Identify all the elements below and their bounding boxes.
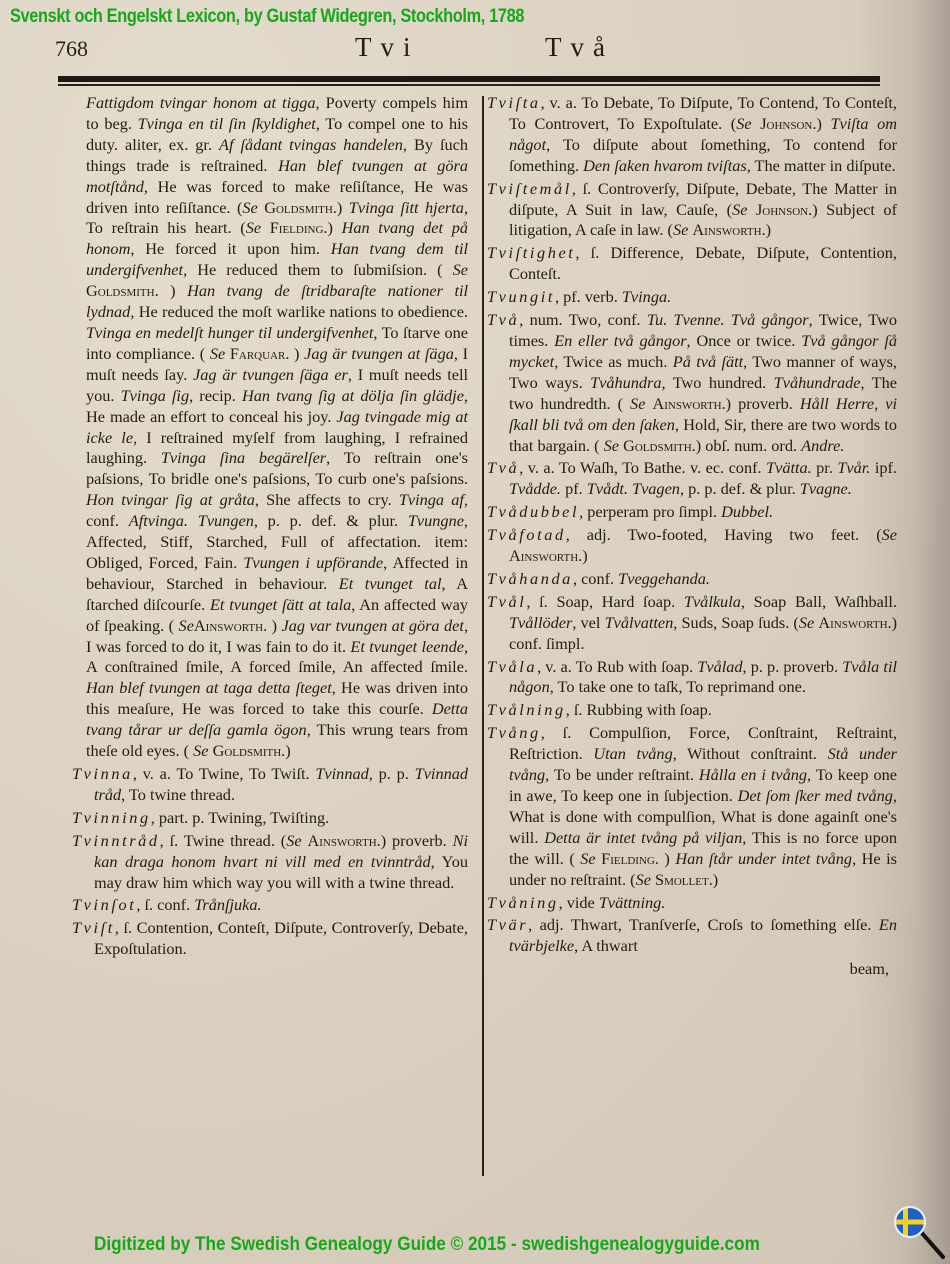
- swedish-example-text: Af ſådant tvingas handelen: [219, 135, 403, 154]
- left-entries: Tvinna, v. a. To Twine, To Twiſt. Tvinna…: [72, 764, 468, 960]
- entry-headword: Tvungit: [487, 287, 555, 306]
- source-citation: Goldsmith.: [623, 436, 696, 455]
- definition-text: , part. p. Twining, Twiſting.: [151, 808, 329, 827]
- definition-text: , p. p. proverb.: [743, 657, 843, 676]
- swedish-example-text: Tvinga af: [399, 490, 464, 509]
- swedish-example-text: Et tvunget tal: [339, 574, 442, 593]
- dictionary-entry: Tvång, ſ. Compulſion, Force, Conſtraint,…: [487, 723, 897, 890]
- digitization-banner-title: Svenskt och Engelskt Lexicon, by Gustaf …: [10, 6, 524, 28]
- definition-text: , p. p. def. & plur.: [254, 511, 408, 530]
- source-citation: Ainsworth.: [307, 831, 380, 850]
- swedish-example-text: Tvållöder: [509, 613, 572, 632]
- column-divider: [482, 96, 484, 1176]
- source-citation: Ainsworth.: [692, 220, 765, 239]
- swedish-example-text: Fattigdom tvingar honom at tigga: [86, 93, 316, 112]
- definition-text: , conf.: [573, 569, 618, 588]
- swedish-example-text: Tvådde.: [509, 479, 561, 498]
- definition-text: , To be under reſtraint.: [545, 765, 699, 784]
- swedish-example-text: Se: [799, 613, 819, 632]
- source-citation: Goldsmith.: [86, 281, 159, 300]
- swedish-example-text: En eller två gångor: [554, 331, 686, 350]
- dictionary-entry: Tvåhanda, conf. Tveggehanda.: [487, 569, 897, 590]
- catchword: beam,: [487, 959, 897, 980]
- definition-text: , The matter in diſpute.: [747, 156, 896, 175]
- swedish-example-text: Utan tvång: [593, 744, 672, 763]
- source-citation: Farquar.: [230, 344, 290, 363]
- swedish-example-text: Tvålkula: [684, 592, 741, 611]
- definition-text: , ſ. conf.: [136, 895, 194, 914]
- running-head-left: Tvi: [355, 32, 420, 63]
- definition-text: , p. p. def. & plur.: [680, 479, 800, 498]
- definition-text: ): [659, 849, 675, 868]
- source-citation: Goldsmith.: [213, 741, 286, 760]
- swedish-example-text: Se: [673, 220, 692, 239]
- swedish-example-text: Se: [882, 525, 897, 544]
- swedish-example-text: Tvålvatten: [605, 613, 674, 632]
- swedish-example-text: Tvår.: [837, 458, 870, 477]
- entry-headword: Två: [487, 310, 519, 329]
- dictionary-entry: Tvungit, pf. verb. Tvinga.: [487, 287, 897, 308]
- definition-text: , ſ. Contention, Conteſt, Diſpute, Contr…: [94, 918, 468, 958]
- entry-headword: Tviſtemål: [487, 179, 572, 198]
- definition-text: ): [327, 218, 341, 237]
- swedish-example-text: Se: [179, 616, 194, 635]
- swedish-example-text: Hålla en i tvång: [699, 765, 807, 784]
- definition-text: , Soap Ball, Waſhball.: [741, 592, 897, 611]
- swedish-example-text: På två ſätt: [673, 352, 743, 371]
- source-citation: Ainsworth.: [194, 616, 267, 635]
- swedish-example-text: Han blef tvungen at taga detta ſteget: [86, 678, 332, 697]
- entry-headword: Tvinning: [72, 808, 151, 827]
- swedish-example-text: Tvinnad: [315, 764, 368, 783]
- entry-headword: Tvinntråd: [72, 831, 160, 850]
- definition-text: , perperam pro ſimpl.: [579, 502, 721, 521]
- entry-headword: Tvinna: [72, 764, 133, 783]
- swedish-example-text: Jag var tvungen at göra det: [282, 616, 464, 635]
- swedish-example-text: Han ſtår under intet tvång: [675, 849, 852, 868]
- entry-headword: Två: [487, 458, 519, 477]
- swedish-example-text: Tvålad: [697, 657, 742, 676]
- definition-text: ) obſ. num. ord.: [696, 436, 801, 455]
- source-citation: Smollet.: [655, 870, 713, 889]
- page-number: 768: [55, 36, 88, 62]
- definition-text: , She affects to cry.: [255, 490, 399, 509]
- definition-text: , He reduced the moſt warlike nations to…: [130, 302, 468, 321]
- definition-text: ): [713, 870, 718, 889]
- swedish-example-text: Jag är tvungen at ſäga: [304, 344, 454, 363]
- entry-headword: Tvåhanda: [487, 569, 573, 588]
- definition-text: ): [582, 546, 587, 565]
- entry-headword: Tvåfotad: [487, 525, 566, 544]
- definition-text: pf.: [561, 479, 587, 498]
- swedish-flag-magnifier-icon: [893, 1204, 947, 1260]
- definition-text: ): [816, 114, 830, 133]
- swedish-example-text: Tvinga ſig: [121, 386, 190, 405]
- dictionary-entry: Tvinſot, ſ. conf. Trånſjuka.: [72, 895, 468, 916]
- swedish-example-text: Tveggehanda.: [618, 569, 710, 588]
- definition-text: , To take one to taſk, To reprimand one.: [550, 677, 806, 696]
- definition-text: , He reduced them to ſubmiſsion. (: [183, 260, 453, 279]
- definition-text: , recip.: [189, 386, 242, 405]
- header-thin-rule: [58, 84, 880, 86]
- swedish-example-text: Se: [286, 831, 307, 850]
- dictionary-entry: Tviſtighet, ſ. Difference, Debate, Diſpu…: [487, 243, 897, 285]
- right-column: Tviſta, v. a. To Debate, To Diſpute, To …: [487, 93, 897, 980]
- dictionary-entry: Tvinning, part. p. Twining, Twiſting.: [72, 808, 468, 829]
- swedish-example-text: Se: [580, 849, 601, 868]
- entry-headword: Tvåla: [487, 657, 537, 676]
- entry-headword: Tvång: [487, 723, 541, 742]
- swedish-example-text: Jag är tvungen ſäga er: [193, 365, 348, 384]
- dictionary-entry: Tvåning, vide Tvättning.: [487, 893, 897, 914]
- entry-headword: Tviſtighet: [487, 243, 575, 262]
- swedish-example-text: Se: [736, 114, 760, 133]
- definition-text: , To twine thread.: [121, 785, 235, 804]
- source-citation: Ainsworth.: [509, 546, 582, 565]
- source-citation: Goldsmith.: [264, 198, 337, 217]
- swedish-example-text: Tvinga en til ſin ſkyldighet: [138, 114, 316, 133]
- swedish-example-text: Tvinga en medelſt hunger til undergifven…: [86, 323, 373, 342]
- source-citation: Ainsworth.: [818, 613, 891, 632]
- swedish-example-text: Det ſom ſker med tvång: [738, 786, 893, 805]
- swedish-example-text: Se: [246, 218, 270, 237]
- entry-headword: Tvåning: [487, 893, 559, 912]
- swedish-example-text: Tvådt. Tvagen: [587, 479, 680, 498]
- dictionary-entry: Två, num. Two, conf. Tu. Tvenne. Två gån…: [487, 310, 897, 456]
- definition-text: ) proverb.: [381, 831, 453, 850]
- swedish-example-text: Den ſaken hvarom tviſtas: [583, 156, 747, 175]
- dictionary-entry: Tviſta, v. a. To Debate, To Diſpute, To …: [487, 93, 897, 177]
- entry-headword: Tviſta: [487, 93, 541, 112]
- swedish-example-text: Se: [242, 198, 264, 217]
- definition-text: ) proverb.: [726, 394, 800, 413]
- swedish-example-text: Tvungne: [408, 511, 464, 530]
- definition-text: , adj. Thwart, Tranſverſe, Croſs to ſome…: [528, 915, 879, 934]
- definition-text: ): [159, 281, 187, 300]
- definition-text: , adj. Two-footed, Having two feet. (: [566, 525, 882, 544]
- source-citation: Johnson.: [760, 114, 816, 133]
- swedish-example-text: Trånſjuka.: [194, 895, 261, 914]
- digitization-footer: Digitized by The Swedish Genealogy Guide…: [94, 1233, 760, 1256]
- definition-text: , Once or twice.: [687, 331, 802, 350]
- running-head-right: Två: [545, 32, 614, 63]
- right-entries: Tviſta, v. a. To Debate, To Diſpute, To …: [487, 93, 897, 957]
- definition-text: , num. Two, conf.: [519, 310, 647, 329]
- left-column: Fattigdom tvingar honom at tigga, Povert…: [72, 93, 468, 962]
- swedish-example-text: Se: [210, 344, 230, 363]
- swedish-example-text: Detta är intet tvång på viljan: [544, 828, 742, 847]
- entry-headword: Tviſt: [72, 918, 115, 937]
- definition-text: , v. a. To Twine, To Twiſt.: [133, 764, 316, 783]
- continued-entry-tvinga: Fattigdom tvingar honom at tigga, Povert…: [72, 93, 468, 762]
- dictionary-entry: Tvåfotad, adj. Two-footed, Having two fe…: [487, 525, 897, 567]
- swedish-example-text: Tvåhundra: [590, 373, 661, 392]
- definition-text: ): [285, 741, 290, 760]
- entry-headword: Tvålning: [487, 700, 566, 719]
- dictionary-entry: Tvär, adj. Thwart, Tranſverſe, Croſs to …: [487, 915, 897, 957]
- dictionary-entry: Tvinntråd, ſ. Twine thread. (Se Ainswort…: [72, 831, 468, 894]
- swedish-example-text: Tvätta.: [766, 458, 812, 477]
- dictionary-entry: Tviſtemål, ſ. Controverſy, Diſpute, Deba…: [487, 179, 897, 242]
- definition-text: , Twice as much.: [554, 352, 673, 371]
- definition-text: pr.: [812, 458, 838, 477]
- swedish-example-text: Tvåhundrade: [774, 373, 861, 392]
- dictionary-entry: Tvåla, v. a. To Rub with ſoap. Tvålad, p…: [487, 657, 897, 699]
- definition-text: ipf.: [870, 458, 897, 477]
- swedish-example-text: Andre.: [801, 436, 844, 455]
- swedish-example-text: Se: [630, 394, 652, 413]
- swedish-example-text: Hon tvingar ſig at gråta: [86, 490, 255, 509]
- swedish-example-text: Han tvang ſig at dölja ſin glädje: [242, 386, 464, 405]
- definition-text: , vide: [559, 893, 599, 912]
- definition-text: , v. a. To Rub with ſoap.: [537, 657, 697, 676]
- swedish-example-text: Et tvunget leende: [350, 637, 464, 656]
- swedish-example-text: Tvagne.: [800, 479, 852, 498]
- swedish-example-text: Se: [604, 436, 623, 455]
- dictionary-entry: Tvål, ſ. Soap, Hard ſoap. Tvålkula, Soap…: [487, 592, 897, 655]
- entry-headword: Tvinſot: [72, 895, 136, 914]
- swedish-example-text: Tvinga.: [622, 287, 671, 306]
- definition-text: ): [289, 344, 304, 363]
- swedish-example-text: Dubbel.: [721, 502, 773, 521]
- swedish-example-text: Se: [193, 741, 212, 760]
- swedish-example-text: Tvättning.: [599, 893, 666, 912]
- definition-text: , p. p.: [369, 764, 415, 783]
- source-citation: Ainsworth.: [652, 394, 725, 413]
- dictionary-entry: Tvinna, v. a. To Twine, To Twiſt. Tvinna…: [72, 764, 468, 806]
- swedish-example-text: Et tvunget ſätt at tala: [210, 595, 351, 614]
- swedish-example-text: Tvinga ſitt hjerta: [349, 198, 464, 217]
- source-citation: Fielding.: [601, 849, 659, 868]
- definition-text: , ſ. Rubbing with ſoap.: [566, 700, 712, 719]
- definition-text: , vel: [572, 613, 604, 632]
- entry-headword: Tvådubbel: [487, 502, 579, 521]
- source-citation: Fielding.: [270, 218, 328, 237]
- definition-text: ): [766, 220, 771, 239]
- dictionary-entry: Tvålning, ſ. Rubbing with ſoap.: [487, 700, 897, 721]
- definition-text: , Suds, Soap ſuds. (: [673, 613, 799, 632]
- swedish-example-text: Se: [732, 200, 756, 219]
- definition-text: , pf. verb.: [555, 287, 622, 306]
- source-citation: Johnson.: [756, 200, 812, 219]
- entry-headword: Tvål: [487, 592, 526, 611]
- definition-text: , Two hundred.: [662, 373, 774, 392]
- definition-text: , v. a. To Waſh, To Bathe. v. ec. conf.: [519, 458, 766, 477]
- swedish-example-text: Tvungen i upförande: [243, 553, 383, 572]
- definition-text: ): [337, 198, 349, 217]
- entry-headword: Tvär: [487, 915, 528, 934]
- definition-text: , Without conſtraint.: [673, 744, 828, 763]
- header-thick-rule: [58, 76, 880, 82]
- swedish-example-text: Se: [636, 870, 655, 889]
- definition-text: , ſ. Soap, Hard ſoap.: [526, 592, 684, 611]
- definition-text: , ſ. Twine thread. (: [160, 831, 287, 850]
- dictionary-entry: Tvådubbel, perperam pro ſimpl. Dubbel.: [487, 502, 897, 523]
- definition-text: , A thwart: [574, 936, 638, 955]
- definition-text: , He forced it upon him.: [130, 239, 330, 258]
- definition-text: ): [267, 616, 281, 635]
- swedish-example-text: Tu. Tvenne. Två gångor: [647, 310, 809, 329]
- swedish-example-text: Aftvinga. Tvungen: [129, 511, 254, 530]
- swedish-example-text: Se: [453, 260, 468, 279]
- swedish-example-text: Tvinga ſina begärelſer: [161, 448, 326, 467]
- dictionary-entry: Tviſt, ſ. Contention, Conteſt, Diſpute, …: [72, 918, 468, 960]
- dictionary-entry: Två, v. a. To Waſh, To Bathe. v. ec. con…: [487, 458, 897, 500]
